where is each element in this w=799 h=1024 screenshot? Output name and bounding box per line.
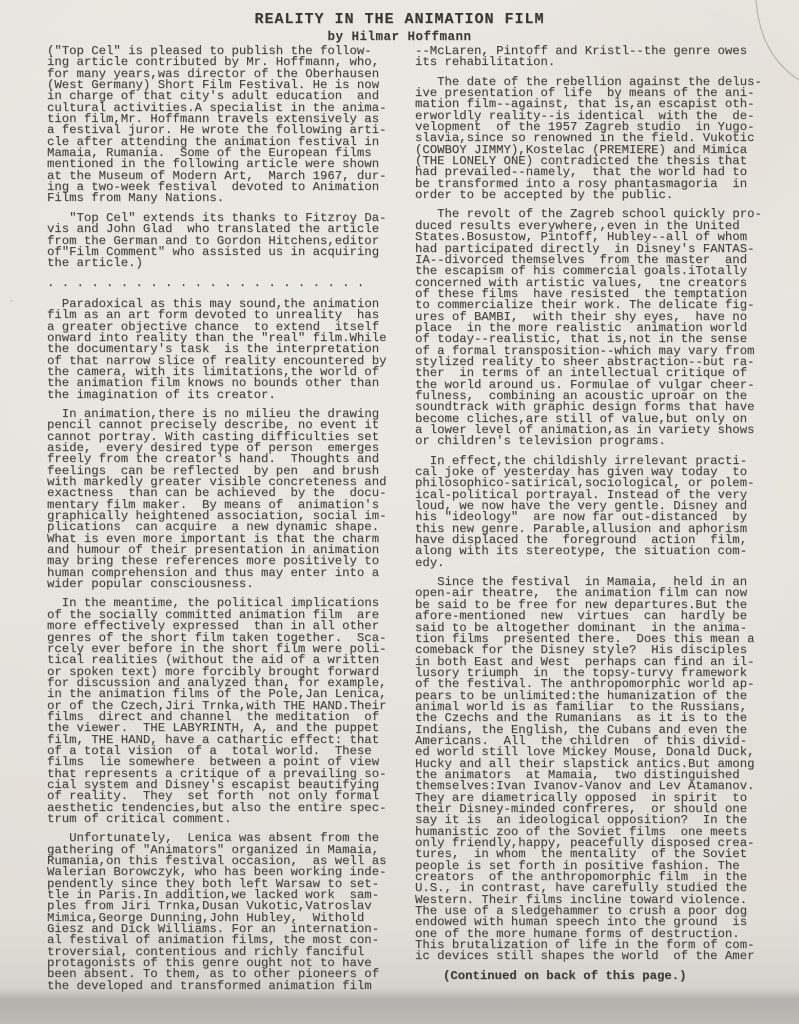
- paragraph-zagreb-revolt: The revolt of the Zagreb school quickly …: [415, 209, 769, 447]
- paragraph-in-effect: In effect,the childishly irrelevant prac…: [415, 456, 769, 569]
- page-title: REALITY IN THE ANIMATION FILM: [0, 11, 799, 28]
- article-header: REALITY IN THE ANIMATION FILM by Hilmar …: [0, 11, 799, 44]
- editor-credits-note: "Top Cel" extends its thanks to Fitzroy …: [47, 213, 401, 270]
- paragraph-since-the-festival: Since the festival in Mamaia, held in an…: [415, 577, 769, 963]
- scanned-document-page: REALITY IN THE ANIMATION FILM by Hilmar …: [0, 0, 799, 1024]
- paragraph-continuation-mclaren: --McLaren, Pintoff and Kristl--the genre…: [415, 46, 769, 69]
- paragraph-paradoxical: Paradoxical as this may sound,the animat…: [47, 299, 401, 401]
- scan-speck: [10, 300, 13, 302]
- byline: by Hilmar Hoffmann: [0, 30, 799, 44]
- two-column-body: ("Top Cel" is pleased to publish the fol…: [47, 46, 769, 1000]
- editor-intro-note: ("Top Cel" is pleased to publish the fol…: [47, 46, 401, 205]
- left-column: ("Top Cel" is pleased to publish the fol…: [47, 46, 401, 1000]
- right-column: --McLaren, Pintoff and Kristl--the genre…: [415, 46, 769, 1000]
- paragraph-in-animation: In animation,there is no milieu the draw…: [47, 409, 401, 591]
- dotted-separator: . . . . . . . . . . . . . . . . . . . . …: [47, 278, 401, 289]
- continued-note: (Continued on back of this page.): [415, 971, 769, 982]
- paragraph-unfortunately: Unfortunately, Lenica was absent from th…: [47, 833, 401, 992]
- paragraph-date-of-rebellion: The date of the rebellion against the de…: [415, 77, 769, 202]
- paragraph-political-implications: In the meantime, the political implicati…: [47, 598, 401, 825]
- scan-speck: [569, 738, 573, 741]
